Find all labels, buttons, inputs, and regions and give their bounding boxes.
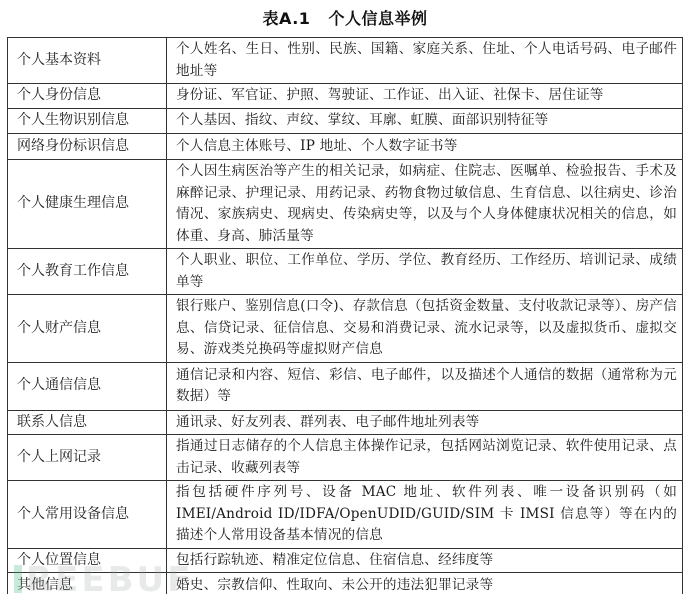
examples-cell: 银行账户、鉴别信息(口令)、存款信息（包括资金数量、支付收款记录等）、房产信息、… [167, 295, 683, 363]
examples-cell: 个人基因、指纹、声纹、掌纹、耳廓、虹膜、面部识别特征等 [167, 109, 683, 134]
table-caption: 个人信息举例 [328, 9, 427, 28]
examples-cell: 指包括硬件序列号、设备 MAC 地址、软件列表、唯一设备识别码（如IMEI/An… [167, 481, 683, 549]
table-title: 表A.1个人信息举例 [0, 6, 690, 29]
table-row: 个人位置信息 包括行踪轨迹、精准定位信息、住宿信息、经纬度等 [8, 548, 683, 573]
examples-cell: 个人姓名、生日、性别、民族、国籍、家庭关系、住址、个人电话号码、电子邮件地址等 [167, 38, 683, 84]
table-row: 其他信息 婚史、宗教信仰、性取向、未公开的违法犯罪记录等 [8, 573, 683, 594]
table-row: 个人常用设备信息 指包括硬件序列号、设备 MAC 地址、软件列表、唯一设备识别码… [8, 481, 683, 549]
personal-info-table: 个人基本资料 个人姓名、生日、性别、民族、国籍、家庭关系、住址、个人电话号码、电… [7, 37, 683, 594]
category-cell: 联系人信息 [8, 410, 167, 435]
category-cell: 个人上网记录 [8, 435, 167, 481]
category-cell: 个人常用设备信息 [8, 481, 167, 549]
table-row: 个人上网记录 指通过日志储存的个人信息主体操作记录，包括网站浏览记录、软件使用记… [8, 435, 683, 481]
examples-cell: 个人因生病医治等产生的相关记录，如病症、住院志、医嘱单、检验报告、手术及麻醉记录… [167, 160, 683, 249]
examples-cell: 通信记录和内容、短信、彩信、电子邮件，以及描述个人通信的数据（通常称为元数据）等 [167, 362, 683, 410]
category-cell: 其他信息 [8, 573, 167, 594]
category-cell: 网络身份标识信息 [8, 134, 167, 160]
category-cell: 个人基本资料 [8, 38, 167, 84]
category-cell: 个人教育工作信息 [8, 249, 167, 295]
table-row: 网络身份标识信息 个人信息主体账号、IP 地址、个人数字证书等 [8, 134, 683, 160]
category-cell: 个人身份信息 [8, 84, 167, 109]
category-cell: 个人通信信息 [8, 362, 167, 410]
examples-cell: 身份证、军官证、护照、驾驶证、工作证、出入证、社保卡、居住证等 [167, 84, 683, 109]
examples-cell: 包括行踪轨迹、精准定位信息、住宿信息、经纬度等 [167, 548, 683, 573]
table-row: 个人生物识别信息 个人基因、指纹、声纹、掌纹、耳廓、虹膜、面部识别特征等 [8, 109, 683, 134]
category-cell: 个人财产信息 [8, 295, 167, 363]
examples-cell: 个人信息主体账号、IP 地址、个人数字证书等 [167, 134, 683, 160]
table-row: 个人通信信息 通信记录和内容、短信、彩信、电子邮件，以及描述个人通信的数据（通常… [8, 362, 683, 410]
table-row: 个人财产信息 银行账户、鉴别信息(口令)、存款信息（包括资金数量、支付收款记录等… [8, 295, 683, 363]
examples-cell: 通讯录、好友列表、群列表、电子邮件地址列表等 [167, 410, 683, 435]
examples-cell: 指通过日志储存的个人信息主体操作记录，包括网站浏览记录、软件使用记录、点击记录、… [167, 435, 683, 481]
table-row: 个人基本资料 个人姓名、生日、性别、民族、国籍、家庭关系、住址、个人电话号码、电… [8, 38, 683, 84]
table-row: 个人健康生理信息 个人因生病医治等产生的相关记录，如病症、住院志、医嘱单、检验报… [8, 160, 683, 249]
table-number: 表A.1 [263, 9, 311, 28]
category-cell: 个人位置信息 [8, 548, 167, 573]
table-row: 个人教育工作信息 个人职业、职位、工作单位、学历、学位、教育经历、工作经历、培训… [8, 249, 683, 295]
table-row: 个人身份信息 身份证、军官证、护照、驾驶证、工作证、出入证、社保卡、居住证等 [8, 84, 683, 109]
examples-cell: 个人职业、职位、工作单位、学历、学位、教育经历、工作经历、培训记录、成绩单等 [167, 249, 683, 295]
category-cell: 个人健康生理信息 [8, 160, 167, 249]
category-cell: 个人生物识别信息 [8, 109, 167, 134]
examples-cell: 婚史、宗教信仰、性取向、未公开的违法犯罪记录等 [167, 573, 683, 594]
table-row: 联系人信息 通讯录、好友列表、群列表、电子邮件地址列表等 [8, 410, 683, 435]
